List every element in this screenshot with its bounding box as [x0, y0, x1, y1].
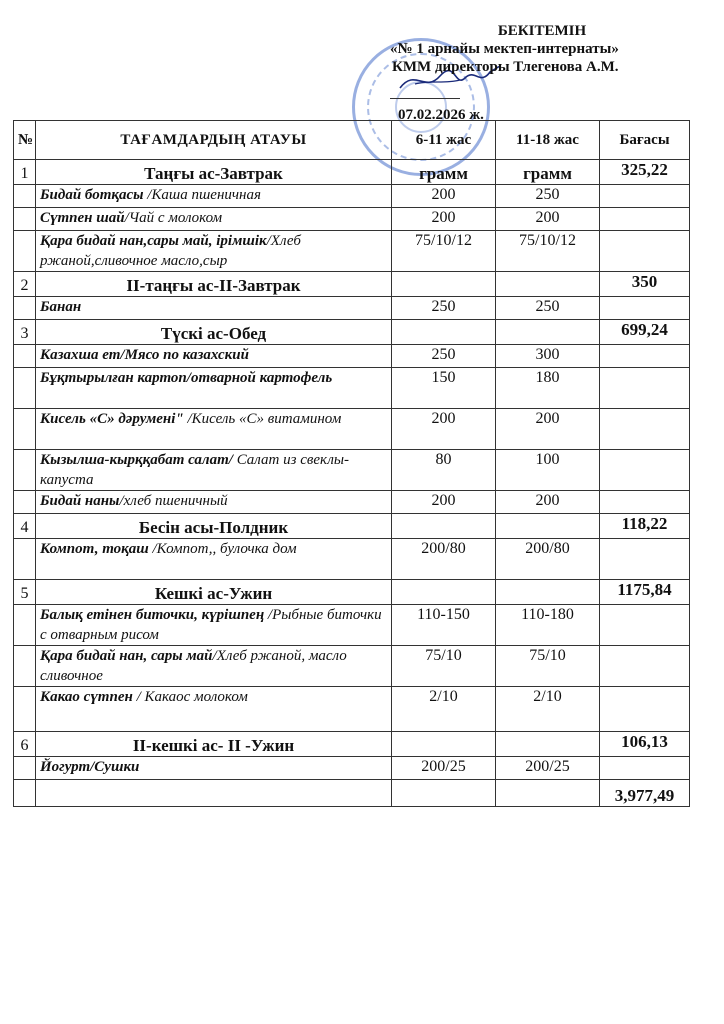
item-price — [600, 185, 690, 208]
section-name: Бесін асы-Полдник — [36, 514, 392, 539]
section-price: 350 — [600, 272, 690, 297]
item-qty-11-18: 200/25 — [496, 757, 600, 780]
approval-title: БЕКІТЕМІН — [372, 22, 702, 40]
item-name-kz: Балық етінен биточки, күрішпең — [40, 607, 264, 623]
table-row: Кисель «С» дәрумені" /Кисель «С» витамин… — [14, 409, 690, 450]
item-name-kz: Сүтпен шай — [40, 210, 125, 226]
item-qty-11-18: 75/10 — [496, 646, 600, 687]
approval-director: КММ директоры Тлегенова А.М. — [392, 58, 702, 76]
section-name: ІІ-таңғы ас-ІІ-Завтрак — [36, 272, 392, 297]
item-qty-6-11: 200 — [392, 409, 496, 450]
item-name: Қара бидай нан, сары май/Хлеб ржаной, ма… — [36, 646, 392, 687]
item-name-kz: Бидай наны — [40, 493, 119, 509]
section-number: 6 — [14, 732, 36, 757]
section-number: 3 — [14, 320, 36, 345]
item-name-ru: / Какаос молоком — [133, 689, 248, 705]
item-qty-6-11: 110-150 — [392, 605, 496, 646]
item-qty-11-18: 180 — [496, 368, 600, 409]
section-row: 2ІІ-таңғы ас-ІІ-Завтрак350 — [14, 272, 690, 297]
item-qty-6-11: 200 — [392, 491, 496, 514]
item-qty-6-11: 80 — [392, 450, 496, 491]
item-qty-11-18: 200 — [496, 491, 600, 514]
item-qty-11-18: 100 — [496, 450, 600, 491]
table-row: Банан250250 — [14, 297, 690, 320]
item-name-kz: Компот, тоқаш — [40, 541, 149, 557]
item-name-ru: /Чай с молоком — [125, 210, 223, 226]
total-a — [392, 780, 496, 807]
header-name: ТАҒАМДАРДЫҢ АТАУЫ — [36, 121, 392, 160]
section-price: 325,22 — [600, 160, 690, 185]
item-number — [14, 450, 36, 491]
section-row: 3Түскі ас-Обед699,24 — [14, 320, 690, 345]
table-row: Бұқтырылған картоп/отварной картофель150… — [14, 368, 690, 409]
section-price: 118,22 — [600, 514, 690, 539]
section-unit-6-11 — [392, 580, 496, 605]
item-qty-6-11: 200 — [392, 185, 496, 208]
item-name: Сүтпен шай/Чай с молоком — [36, 208, 392, 231]
approval-organization: «№ 1 арнайы мектеп-интернаты» — [390, 40, 702, 58]
item-qty-11-18: 200 — [496, 208, 600, 231]
header-age-11-18: 11-18 жас — [496, 121, 600, 160]
item-name: Кызылша-кырққабат салат/ Салат из свеклы… — [36, 450, 392, 491]
item-number — [14, 368, 36, 409]
item-name-ru: /Кисель «С» витамином — [184, 411, 342, 427]
table-row: Қара бидай нан, сары май/Хлеб ржаной, ма… — [14, 646, 690, 687]
item-qty-11-18: 75/10/12 — [496, 231, 600, 272]
item-name: Кисель «С» дәрумені" /Кисель «С» витамин… — [36, 409, 392, 450]
item-name-ru: /Каша пшеничная — [144, 187, 261, 203]
table-row: Сүтпен шай/Чай с молоком200200 — [14, 208, 690, 231]
item-qty-6-11: 75/10 — [392, 646, 496, 687]
item-name: Қара бидай нан,сары май, ірімшік/Хлеб рж… — [36, 231, 392, 272]
section-unit-6-11 — [392, 272, 496, 297]
item-price — [600, 297, 690, 320]
table-row: Компот, тоқаш /Компот,, булочка дом200/8… — [14, 539, 690, 580]
total-b — [496, 780, 600, 807]
table-row: Бидай наны/хлеб пшеничный200200 — [14, 491, 690, 514]
section-number: 5 — [14, 580, 36, 605]
total-num — [14, 780, 36, 807]
section-unit-6-11 — [392, 514, 496, 539]
item-price — [600, 605, 690, 646]
item-price — [600, 208, 690, 231]
signature-line — [390, 98, 460, 99]
item-name-kz: Какао сүтпен — [40, 689, 133, 705]
section-unit-11-18 — [496, 272, 600, 297]
item-number — [14, 231, 36, 272]
item-number — [14, 297, 36, 320]
table-row: Қара бидай нан,сары май, ірімшік/Хлеб рж… — [14, 231, 690, 272]
item-name: Какао сүтпен / Какаос молоком — [36, 687, 392, 732]
item-name-kz: Қара бидай нан,сары май, ірімшік — [40, 233, 267, 249]
section-unit-6-11 — [392, 732, 496, 757]
table-row: Какао сүтпен / Какаос молоком2/102/10 — [14, 687, 690, 732]
item-qty-11-18: 2/10 — [496, 687, 600, 732]
section-row: 1Таңғы ас-Завтракграммграмм325,22 — [14, 160, 690, 185]
item-price — [600, 231, 690, 272]
total-label — [36, 780, 392, 807]
item-qty-11-18: 200 — [496, 409, 600, 450]
item-qty-6-11: 250 — [392, 297, 496, 320]
item-qty-6-11: 250 — [392, 345, 496, 368]
table-row: Бидай ботқасы /Каша пшеничная200250 — [14, 185, 690, 208]
item-number — [14, 539, 36, 580]
item-price — [600, 409, 690, 450]
section-unit-6-11 — [392, 320, 496, 345]
item-number — [14, 757, 36, 780]
section-name: Түскі ас-Обед — [36, 320, 392, 345]
item-qty-11-18: 250 — [496, 185, 600, 208]
section-unit-6-11: грамм — [392, 160, 496, 185]
header-price: Бағасы — [600, 121, 690, 160]
section-unit-11-18 — [496, 732, 600, 757]
item-number — [14, 208, 36, 231]
section-unit-11-18 — [496, 514, 600, 539]
item-name-kz: Кисель «С» дәрумені" — [40, 411, 184, 427]
item-qty-11-18: 250 — [496, 297, 600, 320]
table-row: Казахша ет/Мясо по казахский250300 — [14, 345, 690, 368]
section-unit-11-18 — [496, 580, 600, 605]
item-name-ru: /Компот,, булочка дом — [149, 541, 297, 557]
section-price: 1175,84 — [600, 580, 690, 605]
item-qty-11-18: 110-180 — [496, 605, 600, 646]
item-name-kz: Бидай ботқасы — [40, 187, 144, 203]
item-qty-6-11: 2/10 — [392, 687, 496, 732]
section-price: 699,24 — [600, 320, 690, 345]
menu-table: № ТАҒАМДАРДЫҢ АТАУЫ 6-11 жас 11-18 жас Б… — [13, 120, 690, 807]
section-row: 5Кешкі ас-Ужин1175,84 — [14, 580, 690, 605]
approval-block: БЕКІТЕМІН «№ 1 арнайы мектеп-интернаты» … — [372, 22, 702, 76]
item-qty-6-11: 150 — [392, 368, 496, 409]
item-name-kz: Бұқтырылған картоп/отварной картофель — [40, 370, 332, 386]
item-name: Банан — [36, 297, 392, 320]
item-number — [14, 491, 36, 514]
item-price — [600, 646, 690, 687]
item-name-ru: /хлеб пшеничный — [119, 493, 227, 509]
item-name: Компот, тоқаш /Компот,, булочка дом — [36, 539, 392, 580]
item-name: Казахша ет/Мясо по казахский — [36, 345, 392, 368]
section-unit-11-18: грамм — [496, 160, 600, 185]
table-row: Йогурт/Сушки200/25200/25 — [14, 757, 690, 780]
section-unit-11-18 — [496, 320, 600, 345]
section-name: Таңғы ас-Завтрак — [36, 160, 392, 185]
item-price — [600, 687, 690, 732]
item-name: Бұқтырылған картоп/отварной картофель — [36, 368, 392, 409]
table-row: Балық етінен биточки, күрішпең /Рыбные б… — [14, 605, 690, 646]
item-number — [14, 646, 36, 687]
item-qty-11-18: 200/80 — [496, 539, 600, 580]
header-age-6-11: 6-11 жас — [392, 121, 496, 160]
item-price — [600, 757, 690, 780]
item-name-kz: Банан — [40, 299, 81, 315]
item-price — [600, 450, 690, 491]
item-name-kz: Казахша ет/Мясо по казахский — [40, 347, 249, 363]
item-qty-11-18: 300 — [496, 345, 600, 368]
section-row: 4Бесін асы-Полдник118,22 — [14, 514, 690, 539]
item-name-kz: Кызылша-кырққабат салат/ — [40, 452, 233, 468]
item-number — [14, 409, 36, 450]
section-number: 4 — [14, 514, 36, 539]
item-qty-6-11: 75/10/12 — [392, 231, 496, 272]
item-number — [14, 687, 36, 732]
section-name: Кешкі ас-Ужин — [36, 580, 392, 605]
total-row: 3,977,49 — [14, 780, 690, 807]
section-price: 106,13 — [600, 732, 690, 757]
section-number: 1 — [14, 160, 36, 185]
item-name-kz: Қара бидай нан, сары май — [40, 648, 213, 664]
item-qty-6-11: 200 — [392, 208, 496, 231]
section-name: ІІ-кешкі ас- ІІ -Ужин — [36, 732, 392, 757]
item-price — [600, 491, 690, 514]
item-price — [600, 539, 690, 580]
item-number — [14, 185, 36, 208]
item-price — [600, 345, 690, 368]
section-number: 2 — [14, 272, 36, 297]
item-name: Бидай наны/хлеб пшеничный — [36, 491, 392, 514]
item-price — [600, 368, 690, 409]
section-row: 6ІІ-кешкі ас- ІІ -Ужин106,13 — [14, 732, 690, 757]
table-row: Кызылша-кырққабат салат/ Салат из свеклы… — [14, 450, 690, 491]
item-name: Бидай ботқасы /Каша пшеничная — [36, 185, 392, 208]
total-price: 3,977,49 — [600, 780, 690, 807]
table-header-row: № ТАҒАМДАРДЫҢ АТАУЫ 6-11 жас 11-18 жас Б… — [14, 121, 690, 160]
item-name-kz: Йогурт/Сушки — [40, 759, 139, 775]
item-name: Балық етінен биточки, күрішпең /Рыбные б… — [36, 605, 392, 646]
item-number — [14, 605, 36, 646]
item-name: Йогурт/Сушки — [36, 757, 392, 780]
item-qty-6-11: 200/80 — [392, 539, 496, 580]
header-num: № — [14, 121, 36, 160]
item-qty-6-11: 200/25 — [392, 757, 496, 780]
menu-body: 1Таңғы ас-Завтракграммграмм325,22Бидай б… — [14, 160, 690, 807]
item-number — [14, 345, 36, 368]
